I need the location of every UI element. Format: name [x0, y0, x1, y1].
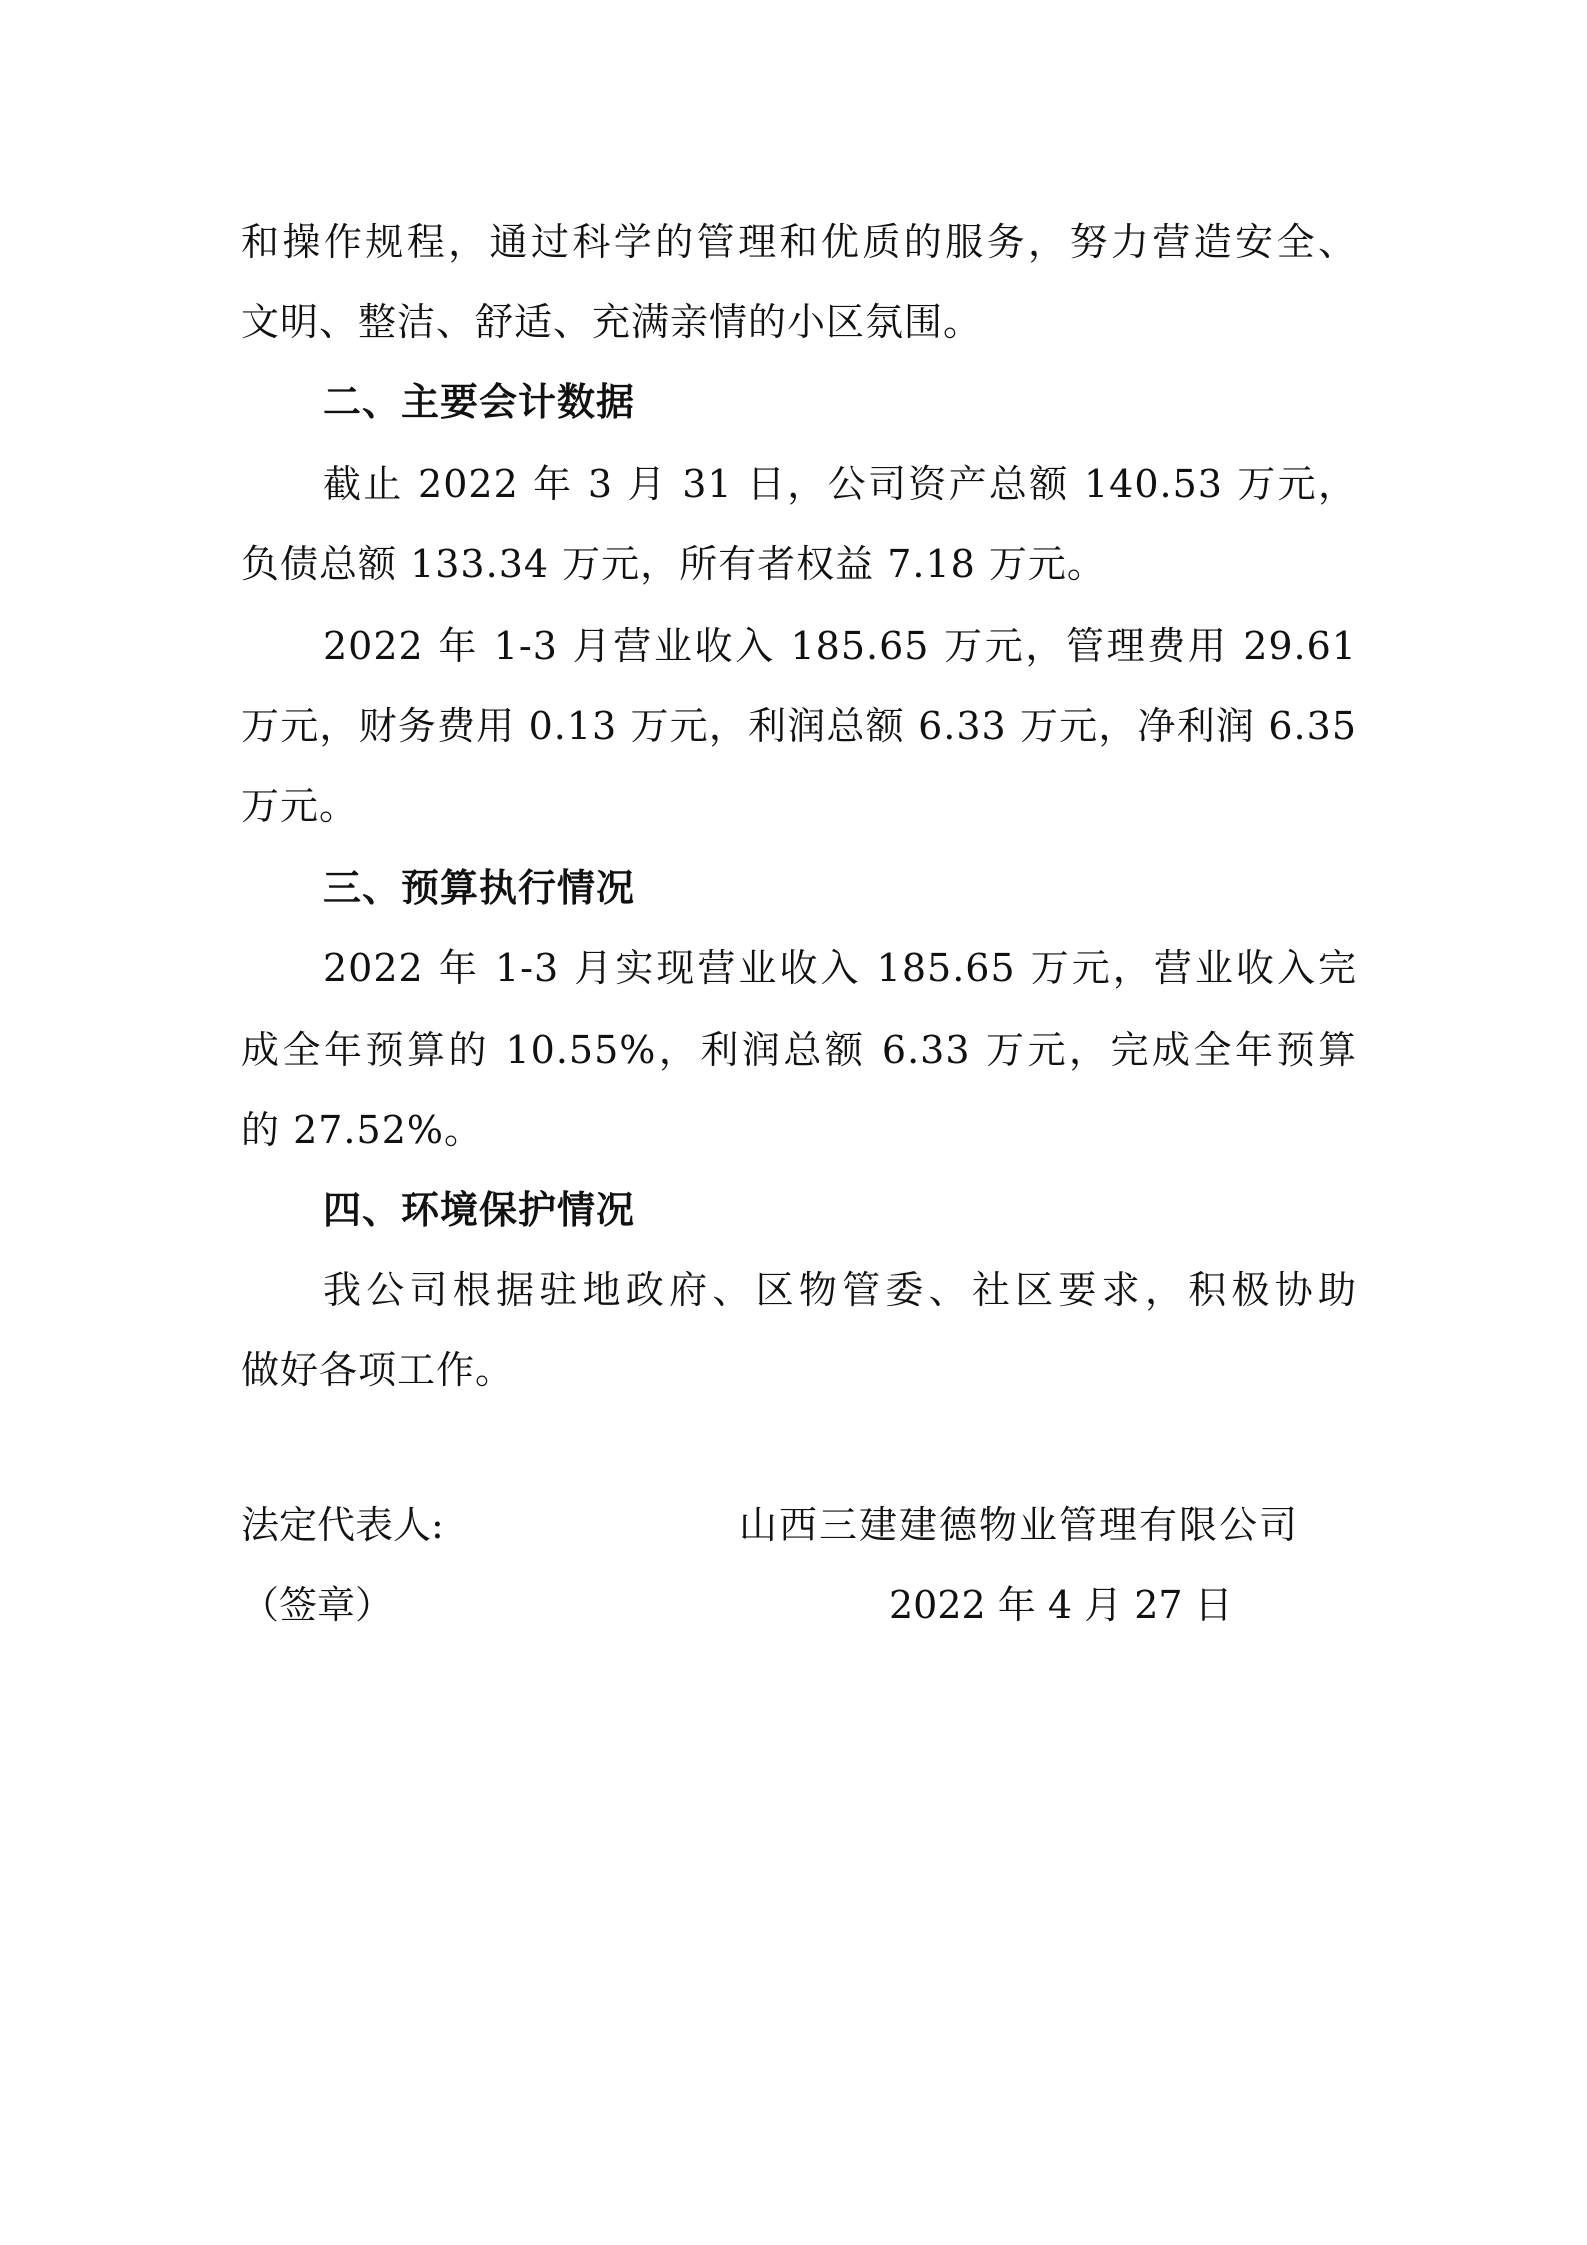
company-name: 山西三建建德物业管理有限公司 — [739, 1485, 1299, 1565]
intro-line-1: 和操作规程，通过科学的管理和优质的服务，努力营造安全、 — [241, 202, 1357, 282]
legal-representative-label: 法定代表人: — [241, 1485, 444, 1565]
paragraph-line: 截止 2022 年 3 月 31 日，公司资产总额 140.53 万元， — [241, 444, 1357, 524]
seal-label: （签章） — [241, 1565, 393, 1645]
section-heading-accounting-data: 二、主要会计数据 — [241, 362, 1357, 442]
paragraph-line: 2022 年 1-3 月营业收入 185.65 万元，管理费用 29.61 — [241, 606, 1357, 686]
paragraph-line: 的 27.52%。 — [241, 1090, 1357, 1170]
paragraph-line: 做好各项工作。 — [241, 1330, 1357, 1410]
paragraph-line: 负债总额 133.34 万元，所有者权益 7.18 万元。 — [241, 524, 1357, 604]
signature-date: 2022 年 4 月 27 日 — [889, 1565, 1233, 1645]
section-heading-budget-execution: 三、预算执行情况 — [241, 848, 1357, 928]
intro-line-2: 文明、整洁、舒适、充满亲情的小区氛围。 — [241, 282, 1357, 362]
paragraph-line: 我公司根据驻地政府、区物管委、社区要求，积极协助 — [241, 1250, 1357, 1330]
paragraph-line: 成全年预算的 10.55%，利润总额 6.33 万元，完成全年预算 — [241, 1010, 1357, 1090]
paragraph-line: 万元，财务费用 0.13 万元，利润总额 6.33 万元，净利润 6.35 — [241, 686, 1357, 766]
paragraph-line: 万元。 — [241, 766, 1357, 846]
paragraph-line: 2022 年 1-3 月实现营业收入 185.65 万元，营业收入完 — [241, 928, 1357, 1008]
section-heading-environmental-protection: 四、环境保护情况 — [241, 1170, 1357, 1250]
